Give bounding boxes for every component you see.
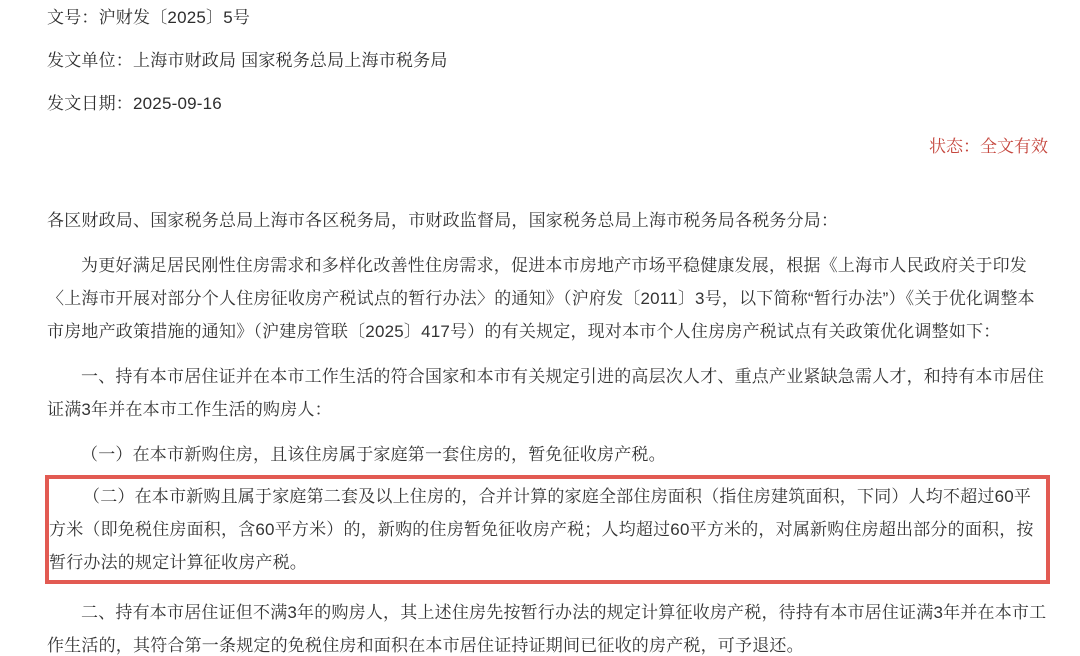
- paragraph-item-1: （一）在本市新购住房，且该住房属于家庭第一套住房的，暂免征收房产税。: [47, 438, 1048, 471]
- issue-date-line: 发文日期：2025-09-16: [47, 92, 1048, 116]
- paragraph-article-2: 二、持有本市居住证但不满3年的购房人，其上述住房先按暂行办法的规定计算征收房产税…: [47, 596, 1048, 656]
- issuer-label: 发文单位：: [47, 51, 133, 70]
- highlight-box: （二）在本市新购且属于家庭第二套及以上住房的，合并计算的家庭全部住房面积（指住房…: [45, 475, 1050, 584]
- document-meta: 文号：沪财发〔2025〕5号 发文单位：上海市财政局 国家税务总局上海市税务局 …: [47, 6, 1048, 116]
- status-badge: 全文有效: [980, 137, 1048, 156]
- status-label: 状态：: [929, 137, 980, 156]
- doc-number-value: 沪财发〔2025〕5号: [99, 8, 250, 27]
- doc-number-label: 文号：: [47, 8, 99, 27]
- issue-date-label: 发文日期：: [47, 94, 133, 113]
- issue-date-value: 2025-09-16: [133, 94, 222, 113]
- paragraph-intro: 为更好满足居民刚性住房需求和多样化改善性住房需求，促进本市房地产市场平稳健康发展…: [47, 249, 1048, 348]
- issuer-line: 发文单位：上海市财政局 国家税务总局上海市税务局: [47, 49, 1048, 73]
- issuer-value: 上海市财政局 国家税务总局上海市税务局: [133, 51, 448, 70]
- salutation-line: 各区财政局、国家税务总局上海市各区税务局，市财政监督局，国家税务总局上海市税务局…: [47, 204, 1048, 237]
- status-line: 状态：全文有效: [47, 135, 1048, 159]
- doc-number-line: 文号：沪财发〔2025〕5号: [47, 6, 1048, 30]
- paragraph-article-1: 一、持有本市居住证并在本市工作生活的符合国家和本市有关规定引进的高层次人才、重点…: [47, 360, 1048, 426]
- document-page: 文号：沪财发〔2025〕5号 发文单位：上海市财政局 国家税务总局上海市税务局 …: [0, 0, 1080, 656]
- paragraph-item-2-highlighted: （二）在本市新购且属于家庭第二套及以上住房的，合并计算的家庭全部住房面积（指住房…: [49, 480, 1042, 579]
- document-body: 各区财政局、国家税务总局上海市各区税务局，市财政监督局，国家税务总局上海市税务局…: [47, 204, 1048, 656]
